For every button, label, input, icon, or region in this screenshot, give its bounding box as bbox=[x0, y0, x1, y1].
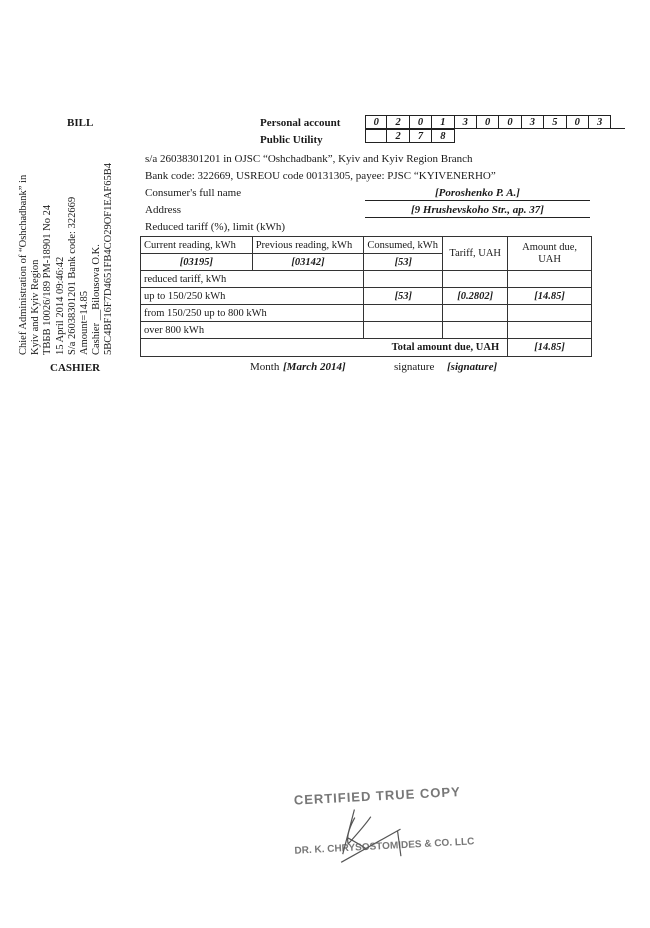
row-label: reduced tariff, kWh bbox=[141, 271, 364, 288]
stub-line: Kyiv and Kyiv Region bbox=[30, 145, 42, 355]
bill-label: BILL bbox=[67, 117, 93, 129]
digit-cell: 0 bbox=[499, 115, 521, 129]
digit-cell: 2 bbox=[387, 129, 409, 143]
public-utility-grid: 278 bbox=[365, 129, 455, 143]
current-reading: [03195] bbox=[141, 254, 253, 271]
public-utility-label: Public Utility bbox=[260, 134, 323, 146]
table-row: from 150/250 up to 800 kWh bbox=[141, 305, 592, 322]
total-label: Total amount due, UAH bbox=[141, 339, 508, 357]
personal-account-label: Personal account bbox=[260, 117, 340, 129]
digit-cell: 3 bbox=[589, 115, 611, 129]
address-value: [9 Hrushevskoho Str., ap. 37] bbox=[365, 204, 590, 216]
total-value: [14.85] bbox=[508, 339, 592, 357]
row-amount bbox=[508, 271, 592, 288]
digit-cell: 3 bbox=[522, 115, 544, 129]
signature-label: signature bbox=[394, 361, 434, 373]
stub-line: TBБB 10026/189 PM-18901 No 24 bbox=[42, 145, 54, 355]
row-amount bbox=[508, 322, 592, 339]
row-tariff bbox=[443, 322, 508, 339]
consumer-value: [Poroshenko P. A.] bbox=[365, 187, 590, 199]
billing-table: Current reading, kWh Previous reading, k… bbox=[140, 236, 592, 357]
row-label: over 800 kWh bbox=[141, 322, 364, 339]
reduced-tariff-label: Reduced tariff (%), limit (kWh) bbox=[145, 221, 285, 233]
digit-cell: 0 bbox=[410, 115, 432, 129]
signature-value: [signature] bbox=[447, 361, 497, 373]
row-label: from 150/250 up to 800 kWh bbox=[141, 305, 364, 322]
stub-line: S/a 26038301201 Bank code: 322669 bbox=[67, 145, 79, 355]
handwritten-signature-icon bbox=[324, 799, 447, 865]
header-tariff: Tariff, UAH bbox=[443, 237, 508, 271]
cashier-stub: Chief Administration of “Oshchadbank” in… bbox=[18, 145, 138, 355]
month-label: Month bbox=[250, 361, 279, 373]
month-value: [March 2014] bbox=[283, 361, 346, 373]
digit-cell: 5 bbox=[544, 115, 566, 129]
table-header-row: Current reading, kWh Previous reading, k… bbox=[141, 237, 592, 254]
row-label: up to 150/250 kWh bbox=[141, 288, 364, 305]
table-row: up to 150/250 kWh [53] [0.2802] [14.85] bbox=[141, 288, 592, 305]
stub-line: 5BC4BF16F7D4651FB4CO29OF1EAF65B4 bbox=[103, 145, 115, 355]
row-consumed: [53] bbox=[364, 288, 443, 305]
payee-line-2: Bank code: 322669, USREOU code 00131305,… bbox=[145, 170, 496, 182]
digit-cell: 0 bbox=[567, 115, 589, 129]
digit-cell: 0 bbox=[477, 115, 499, 129]
digit-cell: 8 bbox=[432, 129, 454, 143]
row-tariff: [0.2802] bbox=[443, 288, 508, 305]
row-amount bbox=[508, 305, 592, 322]
digit-cell: 7 bbox=[410, 129, 432, 143]
address-underline bbox=[365, 217, 590, 218]
consumer-underline bbox=[365, 200, 590, 201]
digit-cell: 0 bbox=[365, 115, 387, 129]
cashier-label: CASHIER bbox=[50, 362, 100, 374]
header-amount: Amount due, UAH bbox=[508, 237, 592, 271]
row-tariff bbox=[443, 271, 508, 288]
stub-line: Amount=14.85 bbox=[79, 145, 91, 355]
stub-line: 15 April 2014 09:46:42 bbox=[55, 145, 67, 355]
personal-account-grid: 02013003503 bbox=[365, 115, 611, 129]
digit-cell bbox=[365, 129, 387, 143]
table-row: over 800 kWh bbox=[141, 322, 592, 339]
account-underline bbox=[611, 128, 625, 129]
stub-line: Cashier __Bilousova O.K. bbox=[91, 145, 103, 355]
digit-cell: 2 bbox=[387, 115, 409, 129]
digit-cell: 3 bbox=[455, 115, 477, 129]
row-consumed bbox=[364, 271, 443, 288]
row-consumed bbox=[364, 305, 443, 322]
header-consumed: Consumed, kWh bbox=[364, 237, 443, 254]
address-label: Address bbox=[145, 204, 181, 216]
header-current: Current reading, kWh bbox=[141, 237, 253, 254]
certified-copy-stamp: CERTIFIED TRUE COPY DR. K. CHRYSOSTOMIDE… bbox=[293, 783, 474, 856]
stub-line: Chief Administration of “Oshchadbank” in bbox=[18, 145, 30, 355]
consumer-label: Consumer's full name bbox=[145, 187, 241, 199]
header-previous: Previous reading, kWh bbox=[252, 237, 364, 254]
row-amount: [14.85] bbox=[508, 288, 592, 305]
total-row: Total amount due, UAH [14.85] bbox=[141, 339, 592, 357]
row-consumed bbox=[364, 322, 443, 339]
payee-line-1: s/a 26038301201 in OJSC “Oshchadbank”, K… bbox=[145, 153, 473, 165]
digit-cell: 1 bbox=[432, 115, 454, 129]
consumed-reading: [53] bbox=[364, 254, 443, 271]
previous-reading: [03142] bbox=[252, 254, 364, 271]
table-row: reduced tariff, kWh bbox=[141, 271, 592, 288]
row-tariff bbox=[443, 305, 508, 322]
